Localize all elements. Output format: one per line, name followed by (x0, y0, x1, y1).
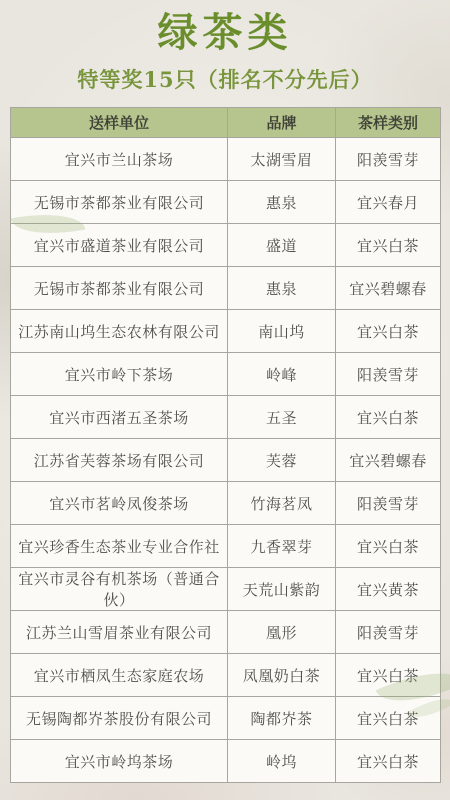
header-row: 送样单位 品牌 茶样类别 (11, 108, 441, 138)
table-row: 宜兴市西渚五圣茶场五圣宜兴白茶 (11, 396, 441, 439)
brand-cell: 盛道 (228, 224, 336, 267)
table-row: 宜兴市灵谷有机茶场（普通合伙）天荒山紫韵宜兴黄茶 (11, 568, 441, 611)
table-row: 宜兴市岭下茶场岭峰阳羡雪芽 (11, 353, 441, 396)
table-row: 宜兴市盛道茶业有限公司盛道宜兴白茶 (11, 224, 441, 267)
award-table-header: 送样单位 品牌 茶样类别 (11, 108, 441, 138)
category-cell: 宜兴黄茶 (336, 568, 441, 611)
unit-cell: 宜兴珍香生态茶业专业合作社 (11, 525, 228, 568)
category-cell: 宜兴碧螺春 (336, 439, 441, 482)
table-row: 江苏南山坞生态农林有限公司南山坞宜兴白茶 (11, 310, 441, 353)
category-cell: 阳羡雪芽 (336, 611, 441, 654)
column-header-brand: 品牌 (228, 108, 336, 138)
unit-cell: 宜兴市西渚五圣茶场 (11, 396, 228, 439)
column-header-category: 茶样类别 (336, 108, 441, 138)
award-table: 送样单位 品牌 茶样类别 宜兴市兰山茶场太湖雪眉阳羡雪芽无锡市茶都茶业有限公司惠… (10, 107, 441, 783)
unit-cell: 江苏南山坞生态农林有限公司 (11, 310, 228, 353)
unit-cell: 无锡陶都岕茶股份有限公司 (11, 697, 228, 740)
category-cell: 宜兴碧螺春 (336, 267, 441, 310)
brand-cell: 太湖雪眉 (228, 138, 336, 181)
page-title: 绿茶类 (0, 0, 450, 56)
brand-cell: 凰形 (228, 611, 336, 654)
unit-cell: 宜兴市盛道茶业有限公司 (11, 224, 228, 267)
article-page: { "page": { "title": "绿茶类", "subtitle": … (0, 0, 450, 800)
brand-cell: 芙蓉 (228, 439, 336, 482)
brand-cell: 南山坞 (228, 310, 336, 353)
category-cell: 宜兴白茶 (336, 224, 441, 267)
category-cell: 阳羡雪芽 (336, 482, 441, 525)
table-row: 无锡陶都岕茶股份有限公司陶都岕茶宜兴白茶 (11, 697, 441, 740)
category-cell: 宜兴白茶 (336, 310, 441, 353)
brand-cell: 凤凰奶白茶 (228, 654, 336, 697)
category-cell: 宜兴白茶 (336, 654, 441, 697)
category-cell: 宜兴白茶 (336, 740, 441, 783)
brand-cell: 惠泉 (228, 181, 336, 224)
unit-cell: 无锡市茶都茶业有限公司 (11, 267, 228, 310)
award-table-body: 宜兴市兰山茶场太湖雪眉阳羡雪芽无锡市茶都茶业有限公司惠泉宜兴春月宜兴市盛道茶业有… (11, 138, 441, 783)
table-row: 宜兴市茗岭凤俊茶场竹海茗凤阳羡雪芽 (11, 482, 441, 525)
table-row: 江苏省芙蓉茶场有限公司芙蓉宜兴碧螺春 (11, 439, 441, 482)
unit-cell: 宜兴市兰山茶场 (11, 138, 228, 181)
brand-cell: 九香翠芽 (228, 525, 336, 568)
unit-cell: 宜兴市茗岭凤俊茶场 (11, 482, 228, 525)
category-cell: 宜兴白茶 (336, 396, 441, 439)
brand-cell: 竹海茗凤 (228, 482, 336, 525)
brand-cell: 陶都岕茶 (228, 697, 336, 740)
table-row: 宜兴珍香生态茶业专业合作社九香翠芽宜兴白茶 (11, 525, 441, 568)
brand-cell: 惠泉 (228, 267, 336, 310)
unit-cell: 宜兴市灵谷有机茶场（普通合伙） (11, 568, 228, 611)
category-cell: 阳羡雪芽 (336, 138, 441, 181)
table-row: 无锡市茶都茶业有限公司惠泉宜兴春月 (11, 181, 441, 224)
table-row: 江苏兰山雪眉茶业有限公司凰形阳羡雪芽 (11, 611, 441, 654)
table-row: 无锡市茶都茶业有限公司惠泉宜兴碧螺春 (11, 267, 441, 310)
brand-cell: 岭峰 (228, 353, 336, 396)
unit-cell: 宜兴市栖凤生态家庭农场 (11, 654, 228, 697)
table-row: 宜兴市兰山茶场太湖雪眉阳羡雪芽 (11, 138, 441, 181)
table-row: 宜兴市岭坞茶场岭坞宜兴白茶 (11, 740, 441, 783)
category-cell: 宜兴春月 (336, 181, 441, 224)
column-header-unit: 送样单位 (11, 108, 228, 138)
brand-cell: 五圣 (228, 396, 336, 439)
unit-cell: 宜兴市岭坞茶场 (11, 740, 228, 783)
table-row: 宜兴市栖凤生态家庭农场凤凰奶白茶宜兴白茶 (11, 654, 441, 697)
unit-cell: 宜兴市岭下茶场 (11, 353, 228, 396)
category-cell: 宜兴白茶 (336, 525, 441, 568)
page-subtitle: 特等奖15只（排名不分先后） (0, 56, 450, 91)
category-cell: 宜兴白茶 (336, 697, 441, 740)
category-cell: 阳羡雪芽 (336, 353, 441, 396)
brand-cell: 天荒山紫韵 (228, 568, 336, 611)
unit-cell: 无锡市茶都茶业有限公司 (11, 181, 228, 224)
unit-cell: 江苏省芙蓉茶场有限公司 (11, 439, 228, 482)
unit-cell: 江苏兰山雪眉茶业有限公司 (11, 611, 228, 654)
brand-cell: 岭坞 (228, 740, 336, 783)
